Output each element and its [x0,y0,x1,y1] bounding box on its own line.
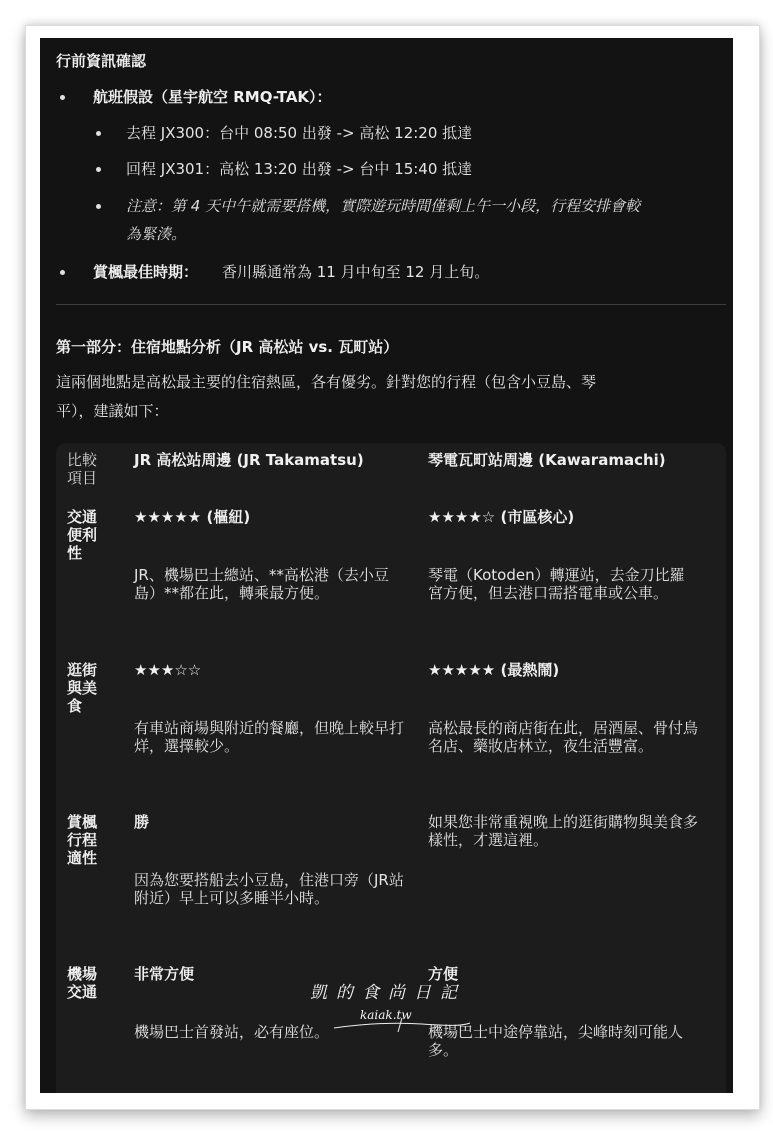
jr-desc-airport: 機場巴士首發站，必有座位。 [134,1023,404,1041]
kw-desc-shopping: 高松最長的商店街在此，居酒屋、骨付鳥名店、藥妝店林立，夜生活豐富。 [428,719,698,755]
kw-desc-airport: 機場巴士中途停靠站，尖峰時刻可能人多。 [428,1023,698,1059]
kw-rating-transport: ★★★★☆ (市區核心) [428,508,574,526]
row-label-airport: 機場交通 [67,965,107,1001]
jr-rating-shopping: ★★★☆☆ [134,661,201,679]
divider [56,304,726,305]
kw-rating-airport: 方便 [428,965,458,983]
row-label-maple-fit: 賞楓行程適性 [67,813,107,867]
flight-outbound: 去程 JX300：台中 08:50 出發 -> 高松 12:20 抵達 [126,123,472,143]
part1-intro-line2: 平），建議如下： [56,401,169,421]
row-label-shopping: 逛街與美食 [67,661,107,715]
section-title: 行前資訊確認 [56,51,146,71]
kw-rating-shopping: ★★★★★ (最熱鬧) [428,661,559,679]
bullet-icon [60,95,65,100]
flight-note-line1: 注意：第 4 天中午就需要搭機，實際遊玩時間僅剩上午一小段，行程安排會較 [126,196,640,216]
kw-desc-transport: 琴電（Kotoden）轉運站，去金刀比羅宮方便，但去港口需搭電車或公車。 [428,566,698,602]
jr-rating-maple-fit: 勝 [134,813,149,831]
bullet-icon [96,204,101,209]
flight-return: 回程 JX301：高松 13:20 出發 -> 台中 15:40 抵達 [126,159,472,179]
row-label-transport: 交通便利性 [67,508,107,562]
comparison-table: 比較項目 JR 高松站周邊 (JR Takamatsu) 琴電瓦町站周邊 (Ka… [56,443,726,1093]
jr-rating-airport: 非常方便 [134,965,194,983]
jr-rating-transport: ★★★★★ (樞紐) [134,508,250,526]
jr-desc-maple-fit: 因為您要搭船去小豆島，住港口旁（JR站附近）早上可以多睡半小時。 [134,871,404,907]
flight-heading: 航班假設（星宇航空 RMQ-TAK）： [93,87,332,107]
table-header-kawaramachi: 琴電瓦町站周邊 (Kawaramachi) [428,451,666,469]
jr-desc-shopping: 有車站商場與附近的餐廳，但晚上較早打烊，選擇較少。 [134,719,404,755]
flight-note-line2: 為緊湊。 [126,224,186,244]
kw-desc-maple-fit: 如果您非常重視晚上的逛街購物與美食多樣性，才選這裡。 [428,813,698,849]
bullet-icon [60,270,65,275]
table-header-jr: JR 高松站周邊 (JR Takamatsu) [134,451,364,469]
chat-response-screen: 行前資訊確認 航班假設（星宇航空 RMQ-TAK）： 去程 JX300：台中 0… [40,38,733,1093]
bullet-icon [96,167,101,172]
table-header-item: 比較項目 [67,451,107,487]
part1-title: 第一部分：住宿地點分析（JR 高松站 vs. 瓦町站） [56,337,398,357]
part1-intro-line1: 這兩個地點是高松最主要的住宿熱區，各有優劣。針對您的行程（包含小豆島、琴 [56,372,596,392]
bullet-icon [96,131,101,136]
maple-value: 香川縣通常為 11 月中旬至 12 月上旬。 [222,262,489,282]
maple-label: 賞楓最佳時期： [93,262,198,282]
jr-desc-transport: JR、機場巴士總站、**高松港（去小豆島）**都在此，轉乘最方便。 [134,566,404,602]
